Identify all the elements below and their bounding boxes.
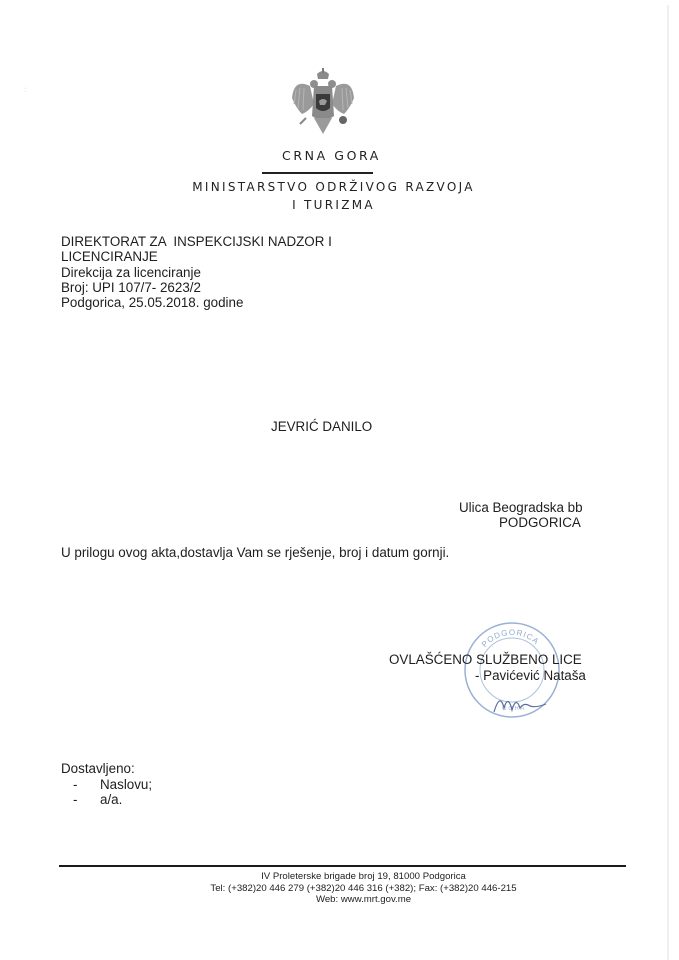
delivery-item-text: a/a. [100, 792, 122, 808]
country-name: CRNA GORA [0, 148, 671, 163]
place-date: Podgorica, 25.05.2018. godine [61, 295, 332, 310]
sender-block: DIREKTORAT ZA INSPEKCIJSKI NADZOR I LICE… [61, 234, 332, 310]
delivery-item: - a/a. [61, 792, 152, 808]
list-dash: - [61, 777, 100, 793]
document-page: ·· CRNA GORA MINISTARSTVO ODRŽIVOG RAZVO… [0, 0, 679, 960]
delivery-item-text: Naslovu; [100, 777, 152, 793]
list-dash: - [61, 792, 100, 808]
footer-web: Web: www.mrt.gov.me [0, 894, 679, 906]
delivery-label: Dostavljeno: [61, 761, 152, 777]
footer: IV Proleterske brigade broj 19, 81000 Po… [0, 871, 679, 906]
directorate-line-2: LICENCIRANJE [61, 249, 332, 264]
scan-mark: ·· [24, 87, 28, 93]
recipient-city: PODGORICA [459, 515, 583, 530]
signatory-title: OVLAŠĆENO SLUŽBENO LICE [389, 652, 582, 667]
recipient-address: Ulica Beogradska bb PODGORICA [459, 500, 583, 531]
department: Direkcija za licenciranje [61, 265, 332, 280]
ministry-line-2: I TURIZMA [0, 196, 673, 214]
footer-divider [59, 865, 626, 867]
signatory-name: - Pavićević Nataša [475, 668, 586, 683]
reference-number: Broj: UPI 107/7- 2623/2 [61, 280, 332, 295]
recipient-street: Ulica Beogradska bb [459, 500, 583, 515]
footer-contact: Tel: (+382)20 446 279 (+382)20 446 316 (… [0, 883, 679, 895]
recipient-name: JEVRIĆ DANILO [271, 419, 372, 434]
directorate-line-1: DIREKTORAT ZA INSPEKCIJSKI NADZOR I [61, 234, 332, 249]
handwritten-signature-icon [490, 688, 550, 716]
header-divider [262, 172, 373, 174]
ministry-line-1: MINISTARSTVO ODRŽIVOG RAZVOJA [0, 178, 673, 196]
coat-of-arms-icon [288, 68, 358, 140]
delivery-item: - Naslovu; [61, 777, 152, 793]
delivery-list: Dostavljeno: - Naslovu; - a/a. [61, 761, 152, 808]
ministry-name: MINISTARSTVO ODRŽIVOG RAZVOJA I TURIZMA [0, 178, 673, 214]
body-text: U prilogu ovog akta,dostavlja Vam se rje… [61, 545, 449, 560]
footer-address: IV Proleterske brigade broj 19, 81000 Po… [0, 871, 679, 883]
